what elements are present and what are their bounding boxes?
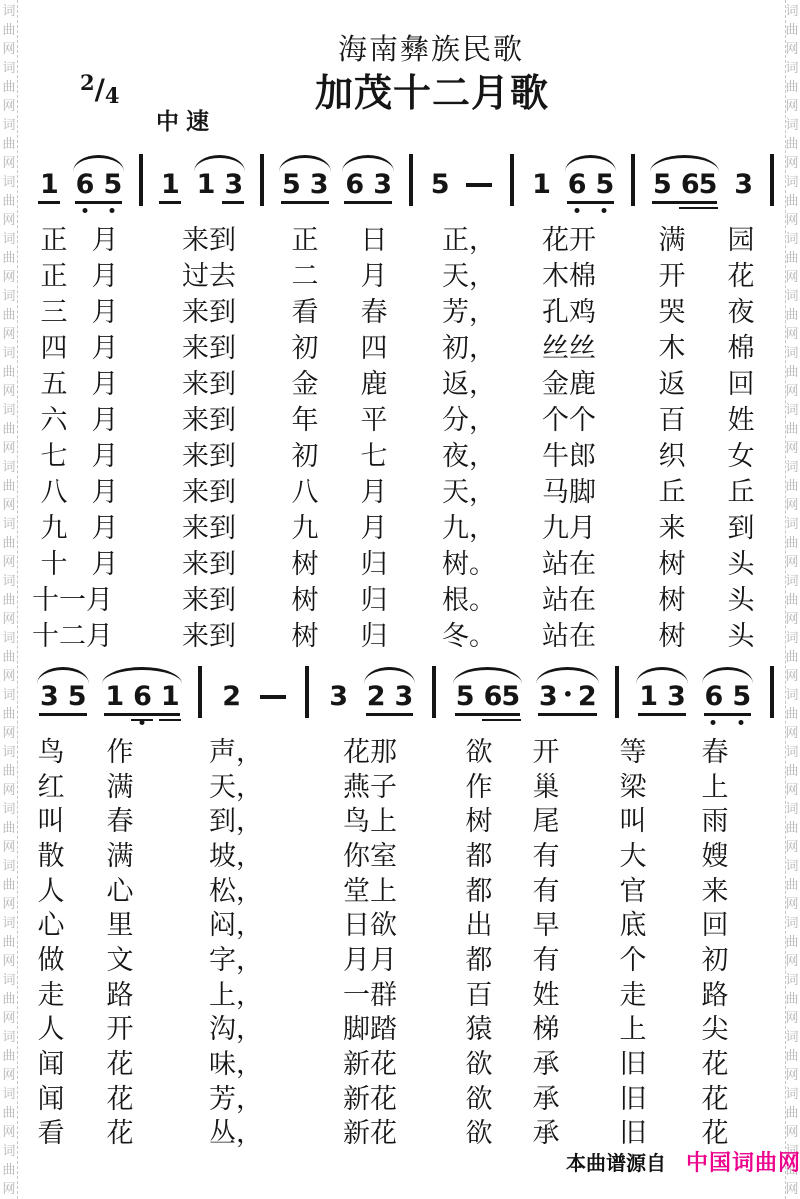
barline [770, 666, 774, 718]
lyric-cell: 字， [166, 943, 306, 978]
note: 2 [222, 683, 240, 710]
barline [770, 154, 774, 206]
note-group: 13 [197, 171, 243, 198]
lyric-cell: 冬。 [426, 618, 512, 654]
lyric-cell: 开 [626, 258, 718, 294]
lyric-cell: 出 [434, 908, 524, 943]
note: 3 [310, 171, 328, 198]
lyric-cell: 返， [426, 366, 512, 402]
note-group: 63 [345, 171, 391, 198]
lyric-cell: 来到 [130, 510, 288, 546]
note-group: 2 [222, 683, 240, 710]
lyric-cell: 八 [28, 474, 80, 510]
barline [260, 154, 264, 206]
note-group: 13 [639, 683, 685, 710]
note-group: 23 [367, 683, 413, 710]
lyric-cell: 大 [568, 839, 698, 874]
lyric-cell: 年 [288, 402, 322, 438]
lyric-cell: 来到 [130, 546, 288, 582]
watermark-text: 网 [784, 441, 800, 454]
watermark-text: 网 [784, 840, 800, 853]
lyric-cell: 树 [626, 582, 718, 618]
lyric-cell: 马脚 [512, 474, 626, 510]
lyric-cell: 看 [288, 294, 322, 330]
lyric-cell: 平 [322, 402, 426, 438]
watermark-text: 曲 [784, 80, 800, 93]
lyric-cell: 来到 [130, 402, 288, 438]
lyric-cell: 早 [524, 908, 568, 943]
watermark-text: 网 [1, 669, 17, 682]
watermark-text: 网 [784, 783, 800, 796]
lyric-cell: 丝丝 [512, 330, 626, 366]
lyric-cell: 夜， [426, 438, 512, 474]
dash-note [466, 183, 492, 187]
lyric-cell: 散 [28, 839, 74, 874]
watermark-text: 网 [784, 1182, 800, 1195]
lyric-cell: 月月 [306, 943, 434, 978]
lyric-cell: 梯 [524, 1013, 568, 1048]
lyric-cell: 花 [74, 1047, 166, 1082]
watermark-text: 曲 [784, 821, 800, 834]
lyric-cell: 树 [288, 546, 322, 582]
note: 3 [40, 683, 58, 710]
watermark-text: 词 [784, 403, 800, 416]
note: 2 [367, 683, 385, 710]
lyric-cell: 头 [718, 582, 764, 618]
note: 3 [329, 683, 347, 710]
dash-note [260, 695, 286, 699]
note: 6 [345, 171, 363, 198]
watermark-text: 网 [784, 555, 800, 568]
watermark-text: 词 [784, 859, 800, 872]
lyric-cell: 树 [626, 618, 718, 654]
lyric-cell: 新花 [306, 1082, 434, 1117]
lyric-cell: 丘 [626, 474, 718, 510]
note-group: 161 [105, 683, 178, 710]
lyric-cell: 六 [28, 402, 80, 438]
watermark-text: 网 [784, 498, 800, 511]
lyric-cell: 都 [434, 874, 524, 909]
lyric-cell: 树。 [426, 546, 512, 582]
lyric-cell: 路 [74, 978, 166, 1013]
watermark-text: 曲 [784, 992, 800, 1005]
lyric-cell: 日 [322, 222, 426, 258]
lyric-cell: 承 [524, 1082, 568, 1117]
lyric-cell: 九 [288, 510, 322, 546]
lyric-cell: 上 [568, 1013, 698, 1048]
watermark-text: 网 [784, 897, 800, 910]
watermark-text: 词 [784, 1030, 800, 1043]
lyric-cell: 丛， [166, 1117, 306, 1152]
lyric-cell: 三 [28, 294, 80, 330]
barline [198, 666, 202, 718]
note: 6 [568, 171, 586, 198]
watermark-text: 网 [784, 726, 800, 739]
lyric-cell: 人 [28, 1013, 74, 1048]
lyric-cell: 叫 [568, 804, 698, 839]
watermark-text: 词 [784, 688, 800, 701]
lyric-cell: 来到 [130, 438, 288, 474]
note: • [563, 687, 572, 703]
lyric-cell: 春 [698, 735, 732, 770]
lyric-cell: 开 [524, 735, 568, 770]
lyric-cell: 满 [74, 770, 166, 805]
lyric-cell: 声， [166, 735, 306, 770]
watermark-text: 词 [784, 460, 800, 473]
lyric-cell: 芳， [166, 1082, 306, 1117]
watermark-text: 曲 [1, 137, 17, 150]
watermark-text: 曲 [784, 650, 800, 663]
note: 6 [705, 683, 723, 710]
note: 3 [395, 683, 413, 710]
lyric-cell: 味， [166, 1047, 306, 1082]
note-group: 1 [40, 171, 58, 198]
lyric-cell: 心 [74, 874, 166, 909]
octave-dot [82, 208, 87, 213]
lyric-cell: 月 [80, 366, 130, 402]
watermark-text: 曲 [784, 536, 800, 549]
lyric-cell: 月 [80, 510, 130, 546]
barline [432, 666, 436, 718]
notation-line-1: 165113536351655653 [30, 152, 778, 198]
lyric-cell: 日欲 [306, 908, 434, 943]
lyric-cell: 孔鸡 [512, 294, 626, 330]
lyric-cell: 金 [288, 366, 322, 402]
lyric-cell: 个 [568, 943, 698, 978]
watermark-text: 词 [784, 175, 800, 188]
watermark-text: 曲 [784, 365, 800, 378]
lyric-cell: 初 [288, 330, 322, 366]
watermark-text: 曲 [784, 137, 800, 150]
lyric-cell: 哭 [626, 294, 718, 330]
lyric-cell: 十 [28, 546, 80, 582]
note: 5 [282, 171, 300, 198]
note: 1 [105, 683, 123, 710]
watermark-text: 词 [784, 916, 800, 929]
watermark-text: 曲 [784, 479, 800, 492]
tempo-marking: 中速 [156, 103, 216, 136]
watermark-text: 曲 [784, 878, 800, 891]
watermark-text: 词 [784, 232, 800, 245]
lyric-cell: 月 [80, 294, 130, 330]
lyric-cell: 十二月 [28, 618, 80, 654]
time-signature-denominator: 4 [105, 83, 120, 108]
lyric-cell: 丘 [718, 474, 764, 510]
lyric-cell: 上 [698, 770, 732, 805]
watermark-text: 曲 [784, 251, 800, 264]
watermark-text: 曲 [784, 593, 800, 606]
watermark-text: 网 [784, 669, 800, 682]
note: 1 [161, 171, 179, 198]
note: 1 [532, 171, 550, 198]
lyric-cell: 牛郎 [512, 438, 626, 474]
lyric-cell: 正 [28, 258, 80, 294]
octave-dot [602, 208, 607, 213]
lyric-cell: 初， [426, 330, 512, 366]
lyric-cell: 四 [322, 330, 426, 366]
lyric-cell: 个个 [512, 402, 626, 438]
lyric-cell: 天， [166, 770, 306, 805]
barline [615, 666, 619, 718]
lyric-cell: 春 [322, 294, 426, 330]
lyric-cell: 站在 [512, 618, 626, 654]
note-group [466, 183, 492, 198]
lyric-cell: 燕子 [306, 770, 434, 805]
watermark-text: 词 [784, 118, 800, 131]
octave-dot [140, 720, 145, 725]
watermark-right: 词曲网词曲网词曲网词曲网词曲网词曲网词曲网词曲网词曲网词曲网词曲网词曲网词曲网词… [784, 0, 800, 1199]
time-signature: 2/4 [80, 70, 119, 108]
note-group: 35 [40, 683, 86, 710]
lyric-cell: 尾 [524, 804, 568, 839]
watermark-text: 词 [784, 802, 800, 815]
watermark-text: 词 [784, 289, 800, 302]
watermark-text: 曲 [1, 80, 17, 93]
lyric-cell: 猿 [434, 1013, 524, 1048]
lyric-cell: 春 [74, 804, 166, 839]
watermark-text: 词 [1, 175, 17, 188]
note-group: 1 [161, 171, 179, 198]
lyric-cell: 五 [28, 366, 80, 402]
lyric-cell: 金鹿 [512, 366, 626, 402]
lyric-cell: 文 [74, 943, 166, 978]
note: 1 [40, 171, 58, 198]
lyric-cell: 等 [568, 735, 698, 770]
watermark-text: 曲 [1, 194, 17, 207]
octave-dot [574, 208, 579, 213]
lyric-cell: 女 [718, 438, 764, 474]
note: 5 [732, 683, 750, 710]
lyric-cell: 底 [568, 908, 698, 943]
lyric-cell: 正 [28, 222, 80, 258]
lyric-cell: 上， [166, 978, 306, 1013]
lyric-cell: 归 [322, 618, 426, 654]
lyric-cell: 作 [434, 770, 524, 805]
lyric-cell: 松， [166, 874, 306, 909]
watermark-text: 曲 [784, 308, 800, 321]
lyric-cell: 头 [718, 618, 764, 654]
lyric-cell: 九月 [512, 510, 626, 546]
watermark-text: 词 [784, 517, 800, 530]
lyric-cell: 看 [28, 1117, 74, 1152]
octave-dot [711, 720, 716, 725]
lyric-cell: 站在 [512, 546, 626, 582]
lyric-cell: 到 [718, 510, 764, 546]
watermark-dashed-line-right [785, 0, 786, 1199]
lyric-cell: 夜 [718, 294, 764, 330]
watermark-text: 网 [784, 42, 800, 55]
lyric-cell: 欲 [434, 1082, 524, 1117]
lyric-cell: 头 [718, 546, 764, 582]
lyric-cell: 园 [718, 222, 764, 258]
lyric-cell: 尖 [698, 1013, 732, 1048]
lyric-cell: 月 [80, 546, 130, 582]
lyric-cell: 走 [28, 978, 74, 1013]
lyric-cell: 有 [524, 839, 568, 874]
lyric-cell: 旧 [568, 1082, 698, 1117]
lyric-cell: 天， [426, 474, 512, 510]
watermark-text: 网 [784, 1125, 800, 1138]
watermark-text: 网 [784, 384, 800, 397]
watermark-text: 词 [784, 1087, 800, 1100]
lyric-cell: 新花 [306, 1117, 434, 1152]
watermark-text: 网 [1, 156, 17, 169]
lyric-cell: 过去 [130, 258, 288, 294]
lyric-cell: 有 [524, 874, 568, 909]
note-group: 565 [456, 683, 519, 710]
lyric-cell: 满 [74, 839, 166, 874]
sheet-music-page: 词曲网词曲网词曲网词曲网词曲网词曲网词曲网词曲网词曲网词曲网词曲网词曲网词曲网词… [0, 0, 800, 1199]
lyric-cell: 月 [80, 474, 130, 510]
watermark-text: 网 [784, 270, 800, 283]
lyric-cell: 走 [568, 978, 698, 1013]
barline [631, 154, 635, 206]
lyric-cell: 织 [626, 438, 718, 474]
lyric-cell: 作 [74, 735, 166, 770]
lyric-cell: 百 [626, 402, 718, 438]
lyric-cell: 花开 [512, 222, 626, 258]
lyric-cell: 月 [80, 438, 130, 474]
watermark-text: 网 [1, 99, 17, 112]
note: 1 [639, 683, 657, 710]
lyric-cell: 九 [28, 510, 80, 546]
watermark-text: 网 [784, 213, 800, 226]
lyric-cell: 到， [166, 804, 306, 839]
lyric-cell: 七 [28, 438, 80, 474]
lyric-cell: 初 [288, 438, 322, 474]
lyric-cell: 花 [74, 1082, 166, 1117]
lyric-cell: 月 [322, 474, 426, 510]
song-title: 加茂十二月歌 [315, 62, 549, 117]
watermark-text: 词 [784, 574, 800, 587]
lyric-cell: 承 [524, 1047, 568, 1082]
note: 6 [133, 683, 151, 710]
note-group: 3 [329, 683, 347, 710]
lyric-cell: 树 [626, 546, 718, 582]
lyric-cell: 木 [626, 330, 718, 366]
watermark-text: 词 [784, 631, 800, 644]
watermark-text: 网 [784, 156, 800, 169]
lyric-cell: 分， [426, 402, 512, 438]
watermark-text: 网 [784, 99, 800, 112]
note: 1 [161, 683, 179, 710]
watermark-text: 曲 [784, 1106, 800, 1119]
lyric-cell: 旧 [568, 1047, 698, 1082]
lyric-cell: 心 [28, 908, 74, 943]
lyric-cell: 回 [718, 366, 764, 402]
lyric-cell: 里 [74, 908, 166, 943]
note: 3 [667, 683, 685, 710]
watermark-text: 曲 [1, 1163, 17, 1176]
watermark-text: 网 [784, 1068, 800, 1081]
note-group: 5 [431, 171, 449, 198]
lyric-cell: 九， [426, 510, 512, 546]
octave-dot [110, 208, 115, 213]
lyric-cell: 月 [80, 222, 130, 258]
watermark-text: 曲 [784, 707, 800, 720]
lyric-cell: 回 [698, 908, 732, 943]
note-group: 1 [532, 171, 550, 198]
watermark-text: 词 [784, 61, 800, 74]
barline [139, 154, 143, 206]
lyric-cell: 四 [28, 330, 80, 366]
source-note: 本曲谱源自 中国词曲网 [566, 1146, 800, 1177]
lyric-cell: 二 [288, 258, 322, 294]
watermark-text: 词 [784, 745, 800, 758]
note-group: 65 [705, 683, 751, 710]
lyric-cell: 来 [698, 874, 732, 909]
lyric-cell: 花 [718, 258, 764, 294]
lyric-cell: 来到 [130, 582, 288, 618]
lyric-cell: 开 [74, 1013, 166, 1048]
watermark-text: 网 [784, 612, 800, 625]
lyric-cell: 满 [626, 222, 718, 258]
lyric-cell: 返 [626, 366, 718, 402]
lyric-cell: 来到 [130, 474, 288, 510]
lyric-cell: 初 [698, 943, 732, 978]
note-group: 3 [734, 171, 752, 198]
lyric-cell: 都 [434, 943, 524, 978]
note: 2 [578, 683, 596, 710]
note-group: 3•2 [539, 683, 596, 710]
watermark-text: 网 [784, 327, 800, 340]
note: 3 [539, 683, 557, 710]
lyric-cell: 来到 [130, 366, 288, 402]
note-group [260, 695, 286, 710]
lyric-cell: 树 [434, 804, 524, 839]
note: 5 [596, 171, 614, 198]
lyric-cell: 一群 [306, 978, 434, 1013]
note: 3 [373, 171, 391, 198]
lyric-cell: 人 [28, 874, 74, 909]
lyric-cell: 树 [288, 618, 322, 654]
note-group: 565 [653, 171, 716, 198]
notation-line-2: 3516123235653•21365 [30, 664, 778, 710]
lyric-cell: 姓 [718, 402, 764, 438]
lyric-cell: 新花 [306, 1047, 434, 1082]
lyric-cell [80, 582, 130, 618]
lyric-cell: 棉 [718, 330, 764, 366]
lyric-cell: 天， [426, 258, 512, 294]
lyric-cell: 巢 [524, 770, 568, 805]
lyric-cell: 月 [80, 402, 130, 438]
lyrics-block-1: 正月来到正日正，花开满园正月过去二月天，木棉开花三月来到看春芳，孔鸡哭夜四月来到… [0, 222, 764, 654]
note: 6 [76, 171, 94, 198]
watermark-text: 曲 [784, 1049, 800, 1062]
watermark-text: 网 [784, 1011, 800, 1024]
note-group: 53 [282, 171, 328, 198]
note: 1 [197, 171, 215, 198]
note-group: 65 [76, 171, 122, 198]
barline [510, 154, 514, 206]
lyrics-block-2: 鸟作声，花那欲开等春红满天，燕子作巢梁上叫春到，鸟上树尾叫雨散满坡，你室都有大嫂… [0, 735, 732, 1151]
lyric-cell: 欲 [434, 735, 524, 770]
lyric-cell: 正， [426, 222, 512, 258]
note-group: 65 [568, 171, 614, 198]
lyric-cell: 来 [626, 510, 718, 546]
watermark-text: 网 [784, 954, 800, 967]
lyric-cell: 来到 [130, 330, 288, 366]
lyric-cell: 闻 [28, 1082, 74, 1117]
watermark-text: 词 [1, 4, 17, 17]
lyric-cell: 木棉 [512, 258, 626, 294]
note: 3 [224, 171, 242, 198]
lyric-cell: 闷， [166, 908, 306, 943]
lyric-cell: 来到 [130, 618, 288, 654]
lyric-cell: 根。 [426, 582, 512, 618]
note: 5 [68, 683, 86, 710]
note: 5 [653, 171, 671, 198]
